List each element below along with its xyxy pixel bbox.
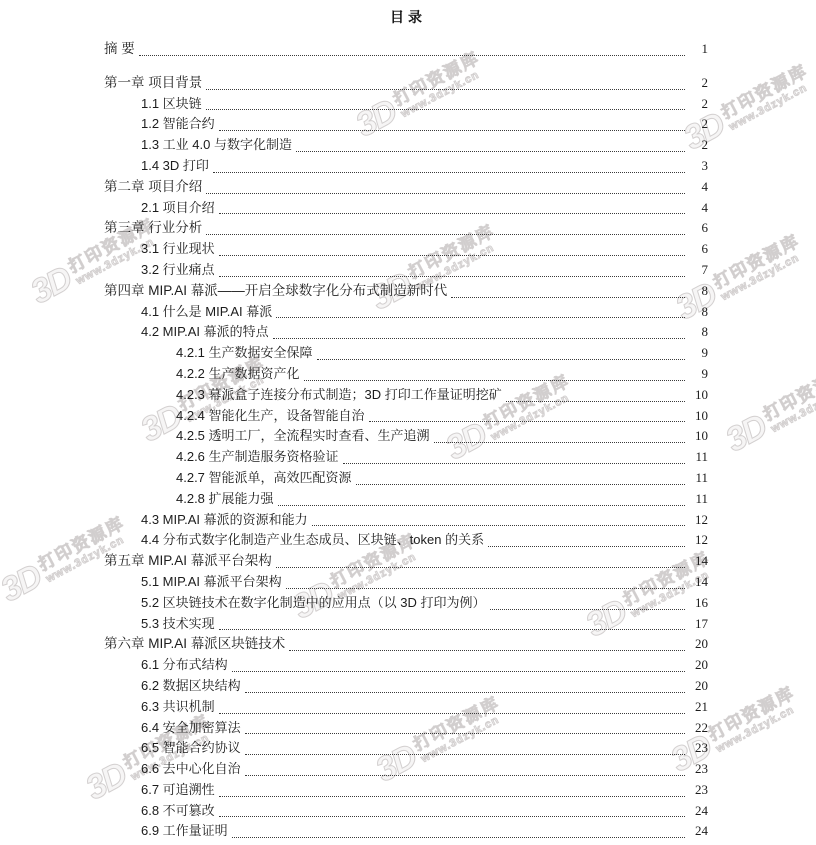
dot-leader xyxy=(304,379,685,381)
toc-page-number: 20 xyxy=(688,655,708,676)
dot-leader xyxy=(232,670,685,672)
toc-entry[interactable]: 6.3 共识机制 21 xyxy=(0,697,816,718)
toc-page-number: 2 xyxy=(688,73,708,94)
toc-page-number: 6 xyxy=(688,239,708,260)
dot-leader xyxy=(278,504,685,506)
toc-entry[interactable]: 6.9 工作量证明 24 xyxy=(0,821,816,842)
toc-entry-label: 6.7 可追溯性 xyxy=(141,780,215,801)
toc-entry[interactable]: 4.1 什么是 MIP.AI 幕派 8 xyxy=(0,302,816,323)
toc-entry[interactable]: 4.2.2 生产数据资产化 9 xyxy=(0,364,816,385)
toc-entry[interactable]: 第五章 MIP.AI 幕派平台架构 14 xyxy=(0,551,816,572)
dot-leader xyxy=(369,420,685,422)
toc-page-number: 2 xyxy=(688,114,708,135)
toc-entry-label: 4.2.7 智能派单，高效匹配资源 xyxy=(176,468,352,489)
toc-page-number: 17 xyxy=(688,614,708,635)
dot-leader xyxy=(219,212,685,214)
toc-entry[interactable]: 6.4 安全加密算法 22 xyxy=(0,718,816,739)
toc-entry-label: 5.3 技术实现 xyxy=(141,614,215,635)
toc-entry[interactable]: 第一章 项目背景 2 xyxy=(0,73,816,94)
toc-page-number: 23 xyxy=(688,759,708,780)
toc-entry[interactable]: 1.3 工业 4.0 与数字化制造 2 xyxy=(0,135,816,156)
toc-page-number: 12 xyxy=(688,530,708,551)
dot-leader xyxy=(317,358,685,360)
toc-entry[interactable]: 4.2.1 生产数据安全保障 9 xyxy=(0,343,816,364)
toc-page-number: 14 xyxy=(688,551,708,572)
toc-entry[interactable]: 4.2.6 生产制造服务资格验证 11 xyxy=(0,447,816,468)
dot-leader xyxy=(219,712,685,714)
toc-entry-label: 6.6 去中心化自治 xyxy=(141,759,241,780)
toc-page-number: 11 xyxy=(688,447,708,468)
toc-page-number: 20 xyxy=(688,634,708,655)
toc-page-number: 10 xyxy=(688,385,708,406)
toc-entry[interactable]: 1.2 智能合约 2 xyxy=(0,114,816,135)
dot-leader xyxy=(434,441,685,443)
toc-entry-label: 4.2.2 生产数据资产化 xyxy=(176,364,300,385)
toc-entry-label: 5.2 区块链技术在数字化制造中的应用点（以 3D 打印为例） xyxy=(141,593,486,614)
dot-leader xyxy=(219,275,685,277)
toc-page-number: 6 xyxy=(688,218,708,239)
toc-page-number: 23 xyxy=(688,738,708,759)
toc-entry-label: 第六章 MIP.AI 幕派区块链技术 xyxy=(104,634,285,655)
toc-entry[interactable]: 3.1 行业现状 6 xyxy=(0,239,816,260)
toc-entry-label: 摘 要 xyxy=(104,39,135,60)
toc-entry-label: 3.2 行业痛点 xyxy=(141,260,215,281)
dot-leader xyxy=(276,566,685,568)
toc-entry-label: 第一章 项目背景 xyxy=(104,73,202,94)
toc-entry-label: 6.9 工作量证明 xyxy=(141,821,228,842)
dot-leader xyxy=(206,108,685,110)
toc-page-number: 10 xyxy=(688,406,708,427)
toc-page-number: 4 xyxy=(688,177,708,198)
toc-entry-label: 6.8 不可篡改 xyxy=(141,801,215,822)
dot-leader xyxy=(286,587,685,589)
toc-entry-label: 4.2.4 智能化生产，设备智能自治 xyxy=(176,406,365,427)
toc-page-number: 12 xyxy=(688,510,708,531)
toc-page-number: 24 xyxy=(688,821,708,842)
dot-leader xyxy=(206,233,685,235)
toc-entry-label: 6.2 数据区块结构 xyxy=(141,676,241,697)
toc-entry[interactable]: 4.2.4 智能化生产，设备智能自治 10 xyxy=(0,406,816,427)
dot-leader xyxy=(356,483,685,485)
dot-leader xyxy=(232,836,685,838)
toc-entry-label: 1.4 3D 打印 xyxy=(141,156,209,177)
dot-leader xyxy=(219,628,685,630)
toc-page-number: 22 xyxy=(688,718,708,739)
dot-leader xyxy=(206,88,685,90)
dot-leader xyxy=(276,316,685,318)
toc-entry-label: 2.1 项目介绍 xyxy=(141,198,215,219)
toc-entry-label: 4.2 MIP.AI 幕派的特点 xyxy=(141,322,269,343)
toc-entry[interactable]: 第二章 项目介绍 4 xyxy=(0,177,816,198)
dot-leader xyxy=(219,795,685,797)
dot-leader xyxy=(245,691,685,693)
dot-leader xyxy=(312,524,685,526)
toc-entry[interactable]: 4.3 MIP.AI 幕派的资源和能力 12 xyxy=(0,510,816,531)
dot-leader xyxy=(245,732,685,734)
dot-leader xyxy=(219,815,685,817)
toc-page-number: 14 xyxy=(688,572,708,593)
toc-entry-label: 6.4 安全加密算法 xyxy=(141,718,241,739)
toc-entry-label: 4.2.1 生产数据安全保障 xyxy=(176,343,313,364)
toc-entry-label: 4.4 分布式数字化制造产业生态成员、区块链、token 的关系 xyxy=(141,530,484,551)
toc-entry-label: 4.1 什么是 MIP.AI 幕派 xyxy=(141,302,272,323)
dot-leader xyxy=(139,54,685,56)
toc-page-number: 10 xyxy=(688,426,708,447)
toc-entry-label: 第五章 MIP.AI 幕派平台架构 xyxy=(104,551,272,572)
toc-entry[interactable]: 第三章 行业分析 6 xyxy=(0,218,816,239)
toc-entry-label: 6.5 智能合约协议 xyxy=(141,738,241,759)
toc-page-number: 8 xyxy=(688,302,708,323)
dot-leader xyxy=(206,192,685,194)
toc-page-number: 4 xyxy=(688,198,708,219)
toc-entry[interactable]: 4.2.7 智能派单，高效匹配资源 11 xyxy=(0,468,816,489)
toc-entry[interactable]: 4.2.3 幕派盒子连接分布式制造；3D 打印工作量证明挖矿 10 xyxy=(0,385,816,406)
dot-leader xyxy=(219,129,685,131)
toc-entry-label: 1.1 区块链 xyxy=(141,94,202,115)
toc-entry[interactable]: 4.2.5 透明工厂，全流程实时查看、生产追溯 10 xyxy=(0,426,816,447)
toc-page-number: 3 xyxy=(688,156,708,177)
toc-entry[interactable]: 6.2 数据区块结构 20 xyxy=(0,676,816,697)
toc-entry-label: 5.1 MIP.AI 幕派平台架构 xyxy=(141,572,282,593)
toc-entry-label: 6.1 分布式结构 xyxy=(141,655,228,676)
toc-entry[interactable]: 2.1 项目介绍 4 xyxy=(0,198,816,219)
toc-entry[interactable]: 5.3 技术实现 17 xyxy=(0,614,816,635)
toc-entry-label: 4.2.6 生产制造服务资格验证 xyxy=(176,447,339,468)
toc-entry-label: 4.2.8 扩展能力强 xyxy=(176,489,274,510)
toc-page-number: 1 xyxy=(688,39,708,60)
dot-leader xyxy=(343,462,685,464)
toc-entry[interactable]: 6.8 不可篡改 24 xyxy=(0,801,816,822)
toc-entry[interactable]: 6.7 可追溯性 23 xyxy=(0,780,816,801)
toc-page-number: 21 xyxy=(688,697,708,718)
toc-page-number: 11 xyxy=(688,489,708,510)
toc-entry-label: 第四章 MIP.AI 幕派——开启全球数字化分布式制造新时代 xyxy=(104,281,447,302)
toc-entry-label: 6.3 共识机制 xyxy=(141,697,215,718)
toc-page-number: 23 xyxy=(688,780,708,801)
toc-entry-label: 4.3 MIP.AI 幕派的资源和能力 xyxy=(141,510,308,531)
toc-entry-label: 第三章 行业分析 xyxy=(104,218,202,239)
toc-page-number: 7 xyxy=(688,260,708,281)
toc-page-number: 2 xyxy=(688,135,708,156)
toc-entry[interactable]: 1.1 区块链 2 xyxy=(0,94,816,115)
toc-entry[interactable]: 4.2 MIP.AI 幕派的特点 8 xyxy=(0,322,816,343)
dot-leader xyxy=(490,608,685,610)
dot-leader xyxy=(451,296,685,298)
dot-leader xyxy=(245,774,685,776)
dot-leader xyxy=(506,400,685,402)
toc-entry[interactable]: 4.2.8 扩展能力强 11 xyxy=(0,489,816,510)
toc-entry[interactable]: 3.2 行业痛点 7 xyxy=(0,260,816,281)
toc-page-number: 8 xyxy=(688,322,708,343)
dot-leader xyxy=(488,545,685,547)
dot-leader xyxy=(219,254,685,256)
toc-entry[interactable]: 4.4 分布式数字化制造产业生态成员、区块链、token 的关系 12 xyxy=(0,530,816,551)
toc-entry[interactable]: 5.2 区块链技术在数字化制造中的应用点（以 3D 打印为例） 16 xyxy=(0,593,816,614)
toc-entry[interactable]: 1.4 3D 打印 3 xyxy=(0,156,816,177)
dot-leader xyxy=(273,337,685,339)
toc-entry[interactable]: 6.1 分布式结构 20 xyxy=(0,655,816,676)
toc-page-number: 8 xyxy=(688,281,708,302)
toc-entry-label: 第二章 项目介绍 xyxy=(104,177,202,198)
dot-leader xyxy=(245,753,685,755)
toc-entry-label: 3.1 行业现状 xyxy=(141,239,215,260)
dot-leader xyxy=(289,649,685,651)
toc-page-number: 16 xyxy=(688,593,708,614)
toc-entry-label: 4.2.3 幕派盒子连接分布式制造；3D 打印工作量证明挖矿 xyxy=(176,385,502,406)
toc-entry[interactable]: 摘 要 1 xyxy=(0,39,816,60)
toc-entry[interactable]: 第四章 MIP.AI 幕派——开启全球数字化分布式制造新时代 8 xyxy=(0,281,816,302)
toc-page-number: 20 xyxy=(688,676,708,697)
toc-page-number: 9 xyxy=(688,343,708,364)
toc-page-number: 24 xyxy=(688,801,708,822)
toc-page-number: 2 xyxy=(688,94,708,115)
toc-entry[interactable]: 6.6 去中心化自治 23 xyxy=(0,759,816,780)
toc-entry-label: 1.2 智能合约 xyxy=(141,114,215,135)
toc-entry[interactable]: 6.5 智能合约协议 23 xyxy=(0,738,816,759)
toc-page-number: 11 xyxy=(688,468,708,489)
dot-leader xyxy=(296,150,685,152)
dot-leader xyxy=(213,171,685,173)
page-title: 目录 xyxy=(0,7,816,27)
toc-list: 摘 要 1 第一章 项目背景 2 1.1 区块链 2 1.2 智能合约 2 1.… xyxy=(0,39,816,842)
toc-entry-label: 1.3 工业 4.0 与数字化制造 xyxy=(141,135,292,156)
toc-entry[interactable]: 5.1 MIP.AI 幕派平台架构 14 xyxy=(0,572,816,593)
toc-entry[interactable]: 第六章 MIP.AI 幕派区块链技术 20 xyxy=(0,634,816,655)
toc-entry-label: 4.2.5 透明工厂，全流程实时查看、生产追溯 xyxy=(176,426,430,447)
document-page: 3D 打印资源库 www.3dzyk.cn 3D 打印资源库 www.3dzyk… xyxy=(0,0,816,845)
toc-page-number: 9 xyxy=(688,364,708,385)
